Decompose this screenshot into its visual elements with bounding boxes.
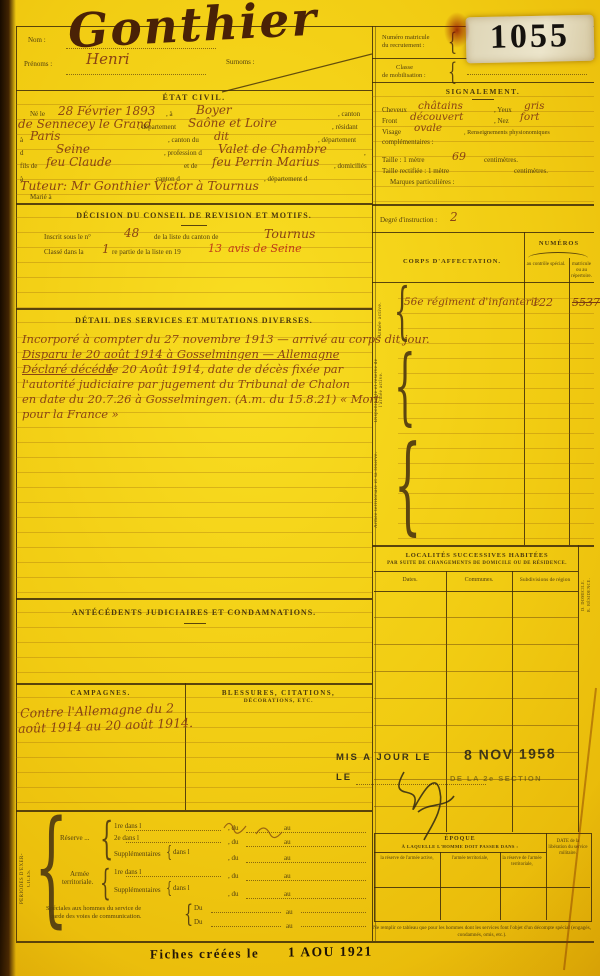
cheveux-label: Cheveux — [382, 106, 407, 114]
prenoms-ruling — [66, 74, 206, 75]
decision-canton-value: Tournus — [264, 226, 315, 241]
le-label: LE — [336, 772, 352, 783]
dates-column-header: Dates. — [374, 577, 446, 583]
prenoms-label: Prénoms : — [24, 60, 52, 68]
services-line-6: pour la France » — [22, 407, 119, 421]
canton-du-label: , canton du — [168, 136, 199, 144]
epoque-vline-2 — [500, 852, 501, 920]
classe-label-2: re partie de la liste en 19 — [112, 248, 181, 256]
localites-header-top — [374, 571, 578, 572]
supplementaires-label-1: Supplémentaires — [114, 850, 161, 858]
liste-label: de la liste du canton de — [154, 233, 218, 241]
classe-label-2: de mobilisation : — [382, 72, 426, 79]
signalement-title: SIGNALEMENT. — [372, 87, 594, 96]
epoque-title: ÉPOQUE — [374, 836, 546, 842]
groupe3-brace: { — [394, 431, 421, 537]
taille-value: 69 — [452, 150, 466, 163]
speciales-label-1: Spéciales aux hommes du service de — [46, 905, 141, 912]
complementaires-label: complémentaires : — [382, 138, 434, 146]
antecedents-underline — [184, 623, 206, 624]
marques-label: Marques particulières : — [390, 178, 455, 186]
degre-instruction-value: 2 — [450, 210, 458, 224]
matricule-number: 1055 — [466, 17, 595, 58]
campagnes-title: CAMPAGNES. — [16, 689, 185, 697]
degre-instruction-row: Degré d'instruction : 2 — [372, 204, 594, 232]
fill-line — [301, 926, 366, 927]
residant-label: , résidant — [332, 123, 358, 131]
groupe1-brace: { — [394, 281, 410, 343]
nom-label: Nom : — [28, 36, 46, 44]
au-label-t1: au — [284, 872, 291, 880]
au-label-s1: au — [286, 908, 293, 916]
services-line-3a: Déclaré décédé — [22, 362, 113, 376]
a2-label: à — [20, 136, 23, 144]
territoriale-row-1: 1re dans l — [114, 868, 141, 876]
localites-title: LOCALITÉS SUCCESSIVES HABITÉES — [372, 552, 582, 559]
epoque-vline-1 — [440, 852, 441, 920]
fill-line — [211, 926, 281, 927]
decision-title: DÉCISION DU CONSEIL DE REVISION ET MOTIF… — [16, 211, 372, 220]
matricule-number-patch: 1055 — [466, 15, 595, 64]
mother-value: feu Perrin Marius — [212, 155, 319, 169]
subdivisions-column-header: Subdivisions de région — [512, 577, 578, 583]
d-label: d — [20, 149, 24, 157]
fils-de-label: fils de — [20, 162, 37, 170]
book-binding-shadow — [0, 0, 16, 976]
profession-value: Valet de Chambre — [218, 142, 327, 156]
au-label-t2: au — [284, 890, 291, 898]
services-line-4: l'autorité judiciaire par jugement du Tr… — [22, 377, 350, 391]
campagnes-section: CAMPAGNES. Contre l'Allemagne du 2 août … — [16, 683, 185, 810]
visage-value: ovale — [414, 122, 442, 134]
epoque-subtitle: À LAQUELLE L'HOMME DOIT PASSER DANS : — [374, 844, 546, 849]
centimetres-label: centimètres. — [484, 156, 518, 164]
mis-a-jour-overlay: MIS A JOUR LE 8 NOV 1958 LE DE LA 2e SEC… — [330, 744, 594, 844]
front-label: Front — [382, 117, 397, 125]
controle-number-value: 122 — [532, 296, 553, 309]
communes-column-header: Communes. — [446, 577, 512, 583]
taille-label: Taille : 1 mètre — [382, 156, 424, 164]
blessures-title-2: DÉCORATIONS, ETC. — [185, 698, 372, 704]
etat-civil-section: ÉTAT CIVIL. Né le 28 Février 1893 , à Bo… — [16, 90, 372, 203]
groupe-disponibilite-label: Disponibilité et réserve de l'armée acti… — [374, 350, 384, 430]
mis-a-jour-label: MIS A JOUR LE — [336, 752, 432, 763]
footer-date-stamp: 1 AOU 1921 — [288, 944, 373, 961]
liste-numero-value: 48 — [124, 226, 139, 240]
footer-strip: Fiches créées le 1 AOU 1921 — [0, 941, 600, 976]
au-label-r3: au — [284, 854, 291, 862]
services-line-5: en date du 20.7.26 à Gosselmingen. (A.m.… — [22, 392, 380, 406]
territoriale-brace: { — [100, 865, 111, 901]
fill-line — [246, 846, 366, 847]
du-label-t1: , du — [228, 872, 239, 880]
residence-side-label: R. RÉSIDENCE. — [586, 573, 591, 617]
localites-subtitle: PAR SUITE DE CHANGEMENTS DE DOMICILE OU … — [372, 561, 582, 566]
epoque-col2-header: l'armée territoriale, — [442, 856, 498, 862]
suppl-brace-2: { — [166, 880, 172, 896]
epoque-col3-header: la réserve de l'armée territoriale, — [500, 856, 544, 868]
du-label-s2: Du — [194, 918, 203, 926]
speciales-label-2: garde des voies de communication. — [50, 913, 142, 920]
departement-value: Saône et Loire — [188, 116, 277, 130]
nez-label: , Nez — [494, 117, 509, 125]
fiches-creees-label: Fiches créées le — [150, 945, 259, 962]
du-label-t2: , du — [228, 890, 239, 898]
reserve-label: Réserve ... — [60, 834, 90, 842]
services-title: DÉTAIL DES SERVICES ET MUTATIONS DIVERSE… — [16, 316, 372, 325]
departement2-value: Seine — [56, 142, 90, 156]
comma: , — [364, 149, 366, 157]
territoriale-label-1: Armée — [70, 870, 89, 878]
canton-label: , canton — [338, 110, 360, 118]
a-label: , à — [166, 110, 173, 118]
surnoms-label: Surnoms : — [226, 58, 255, 66]
epoque-row-line — [374, 887, 590, 888]
corps-title: CORPS D'AFFECTATION. — [382, 258, 522, 265]
mention-value: avis de Seine — [228, 242, 302, 255]
supplementaires-label-2: Supplémentaires — [114, 886, 161, 894]
fill-line — [301, 912, 366, 913]
fill-line — [126, 830, 221, 831]
services-line-2: Disparu le 20 août 1914 à Gosselmingen —… — [22, 347, 339, 361]
classe-label-1: Classe — [396, 64, 413, 71]
classe-label-1: Classé dans la — [44, 248, 84, 256]
annee-value: 13 — [208, 242, 222, 255]
signature-scribble — [374, 752, 484, 844]
renseignements-label: , Renseignements physionomiques — [464, 129, 550, 136]
du-label-r3: , du — [228, 854, 239, 862]
services-section: DÉTAIL DES SERVICES ET MUTATIONS DIVERSE… — [16, 308, 372, 598]
taille-rectifiee-label: Taille rectifiée : 1 mètre — [382, 167, 449, 175]
tuteur-value: Tuteur: Mr Gonthier Victor à Tournus — [20, 178, 259, 193]
matricule-label-2: du recrutement : — [382, 42, 425, 49]
numeros-header: NUMÉROS — [524, 240, 594, 247]
epoque-table: ÉPOQUE À LAQUELLE L'HOMME DOIT PASSER DA… — [372, 833, 594, 941]
epoque-col1-header: la réserve de l'armée active, — [376, 856, 438, 862]
matricule-brace: { — [448, 30, 457, 54]
residence-value: Paris — [30, 129, 60, 143]
dans-label-1: dans l — [173, 848, 190, 856]
fill-line — [126, 876, 221, 877]
fill-line — [211, 912, 281, 913]
birth-place-value: Boyer — [196, 103, 232, 117]
corps-table: CORPS D'AFFECTATION. NUMÉROS au contrôle… — [372, 232, 594, 545]
corps-ruling — [398, 284, 594, 542]
reserve-brace: { — [100, 817, 113, 861]
partie-value: 1 — [102, 242, 110, 256]
section-stamp-fragment: DE LA 2e SECTION — [450, 774, 542, 783]
marie-label: Marié à — [30, 193, 52, 201]
domicile-side-label: D. DOMICILE. — [580, 573, 585, 617]
services-line-1: Incorporé à compter du 27 novembre 1913 … — [22, 332, 430, 346]
classe-fill-line — [467, 74, 587, 75]
nez-value: fort — [520, 111, 539, 123]
father-value: feu Claude — [46, 155, 112, 169]
signalement-underline — [472, 99, 494, 100]
matricule-label-1: Numéro matricule — [382, 34, 429, 41]
military-record-card-photo: Nom : Prénoms : Surnoms : Henri Gonthier… — [0, 0, 600, 976]
birth-date-value: 28 Février 1893 — [58, 104, 155, 118]
decision-section: DÉCISION DU CONSEIL DE REVISION ET MOTIF… — [16, 203, 372, 308]
visage-label: Visage — [382, 128, 401, 136]
signalement-section: SIGNALEMENT. Cheveux châtains , Yeux gri… — [372, 82, 594, 202]
degre-instruction-label: Degré d'instruction : — [380, 216, 437, 224]
periodes-rotated-label-2: CICES. — [27, 858, 32, 898]
dans-label-2: dans l — [173, 884, 190, 892]
centimetres2-label: centimètres. — [514, 167, 548, 175]
profession-label: , profession d — [164, 149, 202, 157]
departement-label: , département — [138, 123, 176, 131]
epoque-subheader-line — [374, 852, 546, 853]
fill-line — [246, 862, 366, 863]
du-label-s1: Du — [194, 904, 203, 912]
inscrit-label: Inscrit sous le n° — [44, 233, 91, 241]
domicilies-label: , domiciliés — [334, 162, 367, 170]
date-stamp-1958: 8 NOV 1958 — [464, 745, 556, 763]
fill-line — [246, 898, 366, 899]
territoriale-label-2: territoriale. — [62, 878, 93, 886]
date-liberation-header: DATE de la libération du service militai… — [548, 839, 588, 857]
surnoms-diagonal-line — [216, 44, 372, 94]
periodes-section: PÉRIODES D'EXER- CICES. { Réserve ... { … — [16, 810, 372, 941]
antecedents-title: ANTÉCÉDENTS JUDICIAIRES ET CONDAMNATIONS… — [16, 608, 372, 617]
departement3-label: , département d — [264, 175, 307, 183]
speciales-brace: { — [184, 902, 193, 926]
yeux-label: , Yeux — [494, 106, 512, 114]
fill-line — [246, 880, 366, 881]
reserve-row-2: 2e dans l — [114, 834, 139, 842]
numeros-brace-arc — [528, 252, 588, 258]
fill-line — [126, 842, 221, 843]
au-label-s2: au — [286, 922, 293, 930]
periodes-rotated-label-1: PÉRIODES D'EXER- — [20, 844, 25, 914]
suppl-brace-1: { — [166, 844, 172, 860]
le-fill-line — [356, 784, 486, 785]
du-label-r2: , du — [228, 838, 239, 846]
epoque-note: Ne remplir ce tableau que pour les homme… — [372, 925, 592, 939]
matricule-column-header: matricule ou au répertoire. — [570, 262, 593, 280]
regiment-value: 56e régiment d'infanterie — [404, 296, 540, 308]
title-underline — [181, 225, 207, 226]
services-line-3b: le 20 Août 1914, date de décès fixée par — [108, 362, 343, 376]
blessures-title-1: BLESSURES, CITATIONS, — [185, 689, 372, 697]
etat-civil-title: ÉTAT CIVIL. — [16, 93, 372, 102]
epoque-date-vline — [546, 833, 547, 920]
groupe2-brace: { — [394, 344, 416, 428]
au-label-r1: au — [284, 824, 291, 832]
groupe-territoriale-label: Armée territoriale et sa réserve. — [374, 440, 379, 540]
controle-column-header: au contrôle spécial. — [525, 262, 567, 268]
reserve-row-1: 1re dans l — [114, 822, 141, 830]
antecedents-section: ANTÉCÉDENTS JUDICIAIRES ET CONDAMNATIONS… — [16, 598, 372, 683]
matricule-number-struck: 5537 — [572, 296, 600, 309]
du-label-r1: , du — [228, 824, 239, 832]
au-label-r2: au — [284, 838, 291, 846]
classe-brace: { — [448, 60, 457, 84]
et-de-label: et de — [184, 162, 197, 170]
groupe-armee-active-label: Armée active. — [377, 292, 383, 348]
